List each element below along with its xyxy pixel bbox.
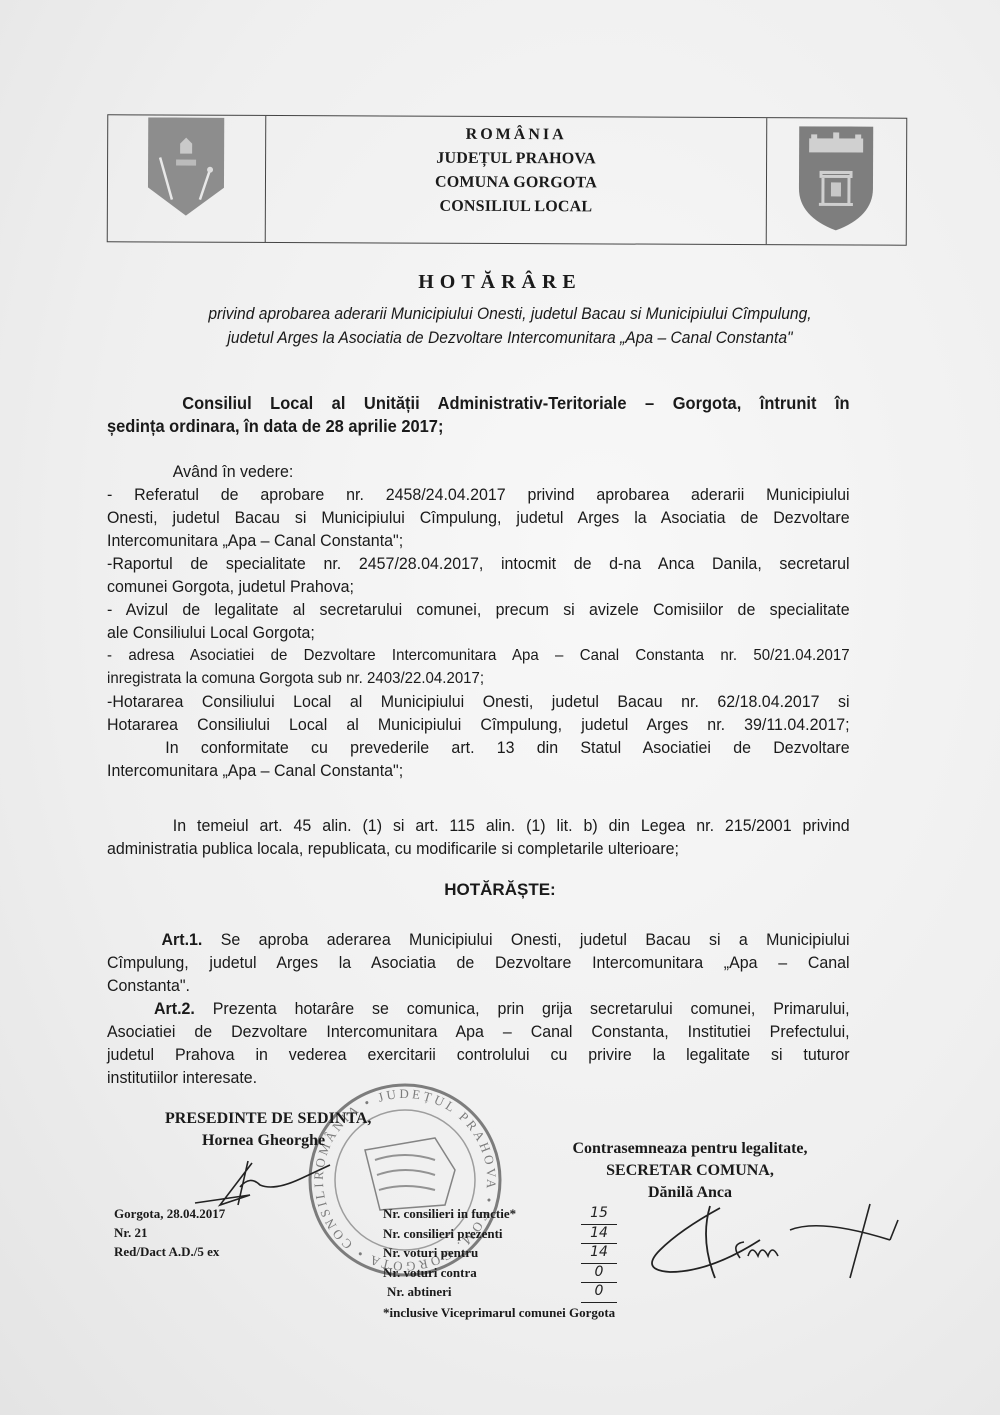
letterhead-text: ROMÂNIA JUDEȚUL PRAHOVA COMUNA GORGOTA C…	[265, 122, 767, 220]
left-emblem-cell	[108, 115, 267, 242]
secretary-title: SECRETAR COMUNA,	[530, 1160, 850, 1182]
vote-label: Nr. voturi contra	[383, 1265, 477, 1280]
considering-line: ale Consiliului Local Gorgota;	[107, 621, 850, 644]
president-name: Hornea Gheorghe	[165, 1130, 371, 1152]
intro-line: Consiliul Local al Unității Administrati…	[107, 392, 850, 415]
article-2-line: Asociatiei de Dezvoltare Intercomunitara…	[107, 1020, 850, 1043]
redacted-by: Red/Dact A.D./5 ex	[114, 1242, 225, 1261]
secretary-signature-icon	[640, 1200, 910, 1280]
article-1-line: Art.1. Se aproba aderarea Municipiului O…	[107, 928, 850, 951]
legal-basis-line: administratia publica locala, republicat…	[107, 837, 850, 860]
considering-line: - Referatul de aprobare nr. 2458/24.04.2…	[107, 483, 850, 506]
vote-label: Nr. consilieri in functie*	[383, 1206, 516, 1221]
vote-label: Nr. abtineri	[387, 1284, 452, 1299]
vote-row: Nr. abtineri0	[383, 1282, 516, 1302]
article-label: Art.1.	[162, 930, 203, 949]
vote-value: 15	[581, 1204, 617, 1225]
considering-line: Hotararea Consiliului Local al Municipiu…	[107, 713, 850, 736]
vote-row: Nr. consilieri in functie*15	[383, 1204, 516, 1224]
considering-line: In conformitate cu prevederile art. 13 d…	[107, 736, 850, 759]
article-2-line: judetul Prahova in vederea exercitarii c…	[107, 1043, 850, 1066]
considering-block: Având în vedere: - Referatul de aprobare…	[107, 460, 850, 782]
considering-line: Onesti, judetul Bacau si Municipiului Cî…	[107, 506, 850, 529]
legal-basis: In temeiul art. 45 alin. (1) si art. 115…	[107, 814, 850, 860]
vote-row: Nr. voturi contra0	[383, 1263, 516, 1283]
considering-line: - Avizul de legalitate al secretarului c…	[107, 598, 850, 621]
vote-label: Nr. consilieri prezenti	[383, 1226, 503, 1241]
document-title: HOTĂRÂRE	[0, 271, 1000, 294]
intro-paragraph: Consiliul Local al Unității Administrati…	[107, 392, 850, 438]
president-block: PRESEDINTE DE SEDINTA, Hornea Gheorghe	[165, 1108, 371, 1152]
commune-name: COMUNA GORGOTA	[265, 170, 767, 196]
vote-row: Nr. consilieri prezenti14	[383, 1224, 516, 1244]
vote-row: Nr. voturi pentru14	[383, 1243, 516, 1263]
article-text: Se aproba aderarea Municipiului Onesti, …	[221, 930, 850, 949]
decides-heading: HOTĂRĂȘTE:	[0, 880, 1000, 900]
secretary-name: Dănilă Anca	[530, 1182, 850, 1204]
secretary-block: Contrasemneaza pentru legalitate, SECRET…	[530, 1138, 850, 1204]
letterhead: ROMÂNIA JUDEȚUL PRAHOVA COMUNA GORGOTA C…	[107, 114, 908, 245]
vote-value: 14	[581, 1243, 617, 1264]
document-meta: Gorgota, 28.04.2017 Nr. 21 Red/Dact A.D.…	[114, 1204, 225, 1261]
coat-of-arms-icon	[146, 117, 226, 215]
coat-of-arms-icon	[797, 126, 875, 230]
vote-label: Nr. voturi pentru	[383, 1245, 478, 1260]
article-label: Art.2.	[154, 999, 195, 1018]
article-text: Prezenta hotarâre se comunica, prin grij…	[213, 999, 850, 1018]
council-name: CONSILIUL LOCAL	[265, 194, 767, 220]
vote-value: 0	[581, 1263, 617, 1284]
intro-line: ședința ordinara, în data de 28 aprilie …	[107, 415, 850, 438]
considering-line: -Hotararea Consiliului Local al Municipi…	[107, 690, 850, 713]
considering-line: comunei Gorgota, judetul Prahova;	[107, 575, 850, 598]
articles: Art.1. Se aproba aderarea Municipiului O…	[107, 928, 850, 1089]
subtitle-line: privind aprobarea aderarii Municipiului …	[151, 302, 869, 326]
considering-line: - adresa Asociatiei de Dezvoltare Interc…	[107, 644, 850, 667]
vote-value: 14	[581, 1224, 617, 1245]
article-1-line: Constanta".	[107, 974, 850, 997]
article-2-line: Art.2. Prezenta hotarâre se comunica, pr…	[107, 997, 850, 1020]
decision-number: Nr. 21	[114, 1223, 225, 1242]
country-name: ROMÂNIA	[265, 122, 767, 148]
legal-basis-line: In temeiul art. 45 alin. (1) si art. 115…	[107, 814, 850, 837]
subtitle-line: judetul Arges la Asociatia de Dezvoltare…	[151, 326, 869, 350]
considering-line: Intercomunitara „Apa – Canal Constanta";	[107, 759, 850, 782]
article-1-line: Cîmpulung, judetul Arges la Asociatia de…	[107, 951, 850, 974]
president-title: PRESEDINTE DE SEDINTA,	[165, 1108, 371, 1130]
considering-label: Având în vedere:	[107, 460, 850, 483]
right-emblem-cell	[766, 118, 907, 245]
vote-value: 0	[581, 1282, 617, 1303]
place-date: Gorgota, 28.04.2017	[114, 1204, 225, 1223]
county-name: JUDEȚUL PRAHOVA	[265, 146, 767, 172]
vote-tally: Nr. consilieri in functie*15 Nr. consili…	[383, 1204, 516, 1302]
countersign-title: Contrasemneaza pentru legalitate,	[530, 1138, 850, 1160]
considering-line: Intercomunitara „Apa – Canal Constanta";	[107, 529, 850, 552]
considering-line: inregistrata la comuna Gorgota sub nr. 2…	[107, 667, 850, 690]
footnote: *inclusive Viceprimarul comunei Gorgota	[383, 1305, 615, 1321]
document-subtitle: privind aprobarea aderarii Municipiului …	[151, 302, 869, 350]
considering-line: -Raportul de specialitate nr. 2457/28.04…	[107, 552, 850, 575]
